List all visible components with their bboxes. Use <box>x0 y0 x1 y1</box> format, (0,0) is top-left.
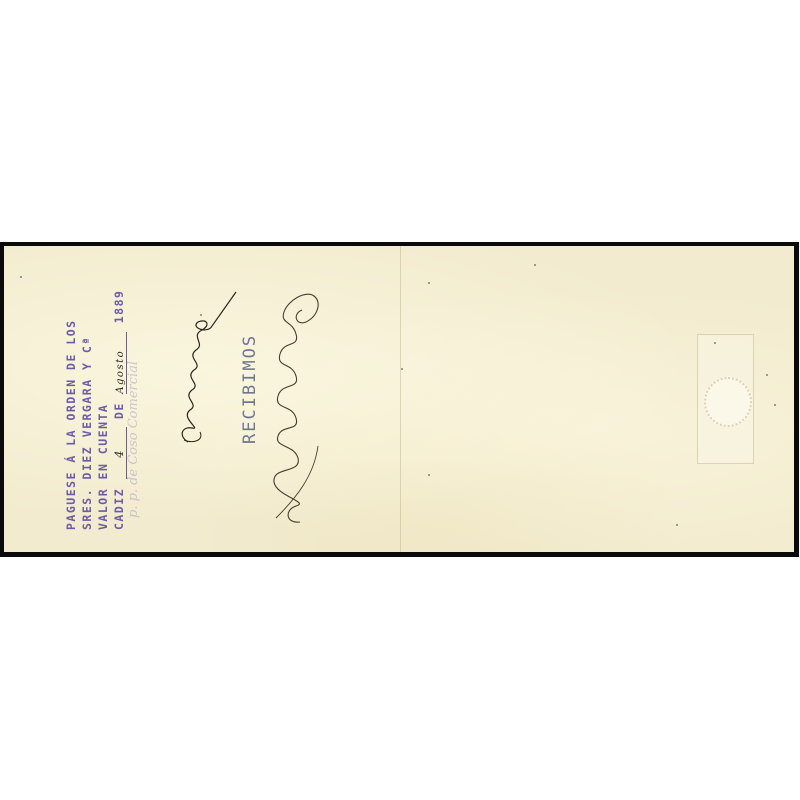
fold-line <box>400 246 401 552</box>
paper-fleck <box>428 282 430 284</box>
signature-1 <box>174 314 224 454</box>
paper-fleck <box>766 374 768 376</box>
paper-fleck <box>676 524 678 526</box>
stamp-line-2: SRES. DIEZ VERGARA Y Cª <box>80 336 94 530</box>
stamp-line-1: PAGUESE Á LA ORDEN DE LOS <box>64 319 78 530</box>
receipt-stamp: RECIBIMOS <box>240 334 260 444</box>
embossed-seal-icon <box>704 377 752 427</box>
stamp-day: 4 <box>112 427 127 479</box>
paper-fleck <box>534 264 536 266</box>
paper-fleck <box>714 342 716 344</box>
paper-fleck <box>774 404 776 406</box>
stamp-year: 1889 <box>112 290 126 324</box>
paper-fleck <box>20 276 22 278</box>
signature-2 <box>266 286 326 526</box>
paper-fleck <box>200 314 202 316</box>
document-frame: PAGUESE Á LA ORDEN DE LOS SRES. DIEZ VER… <box>0 242 799 557</box>
pencil-note: p. p. de Coso Comercial <box>126 361 141 518</box>
embossed-tax-stamp <box>697 334 754 464</box>
stamp-date-line: CADIZ 4 DE Agosto 1889 <box>112 290 127 530</box>
stamp-line-3: VALOR EN CUENTA <box>96 404 110 530</box>
stamp-date-prefix: DE <box>112 402 126 419</box>
paper-fleck <box>428 474 430 476</box>
document-paper: PAGUESE Á LA ORDEN DE LOS SRES. DIEZ VER… <box>4 246 794 552</box>
paper-fleck <box>401 368 403 370</box>
stamp-city: CADIZ <box>112 488 126 530</box>
